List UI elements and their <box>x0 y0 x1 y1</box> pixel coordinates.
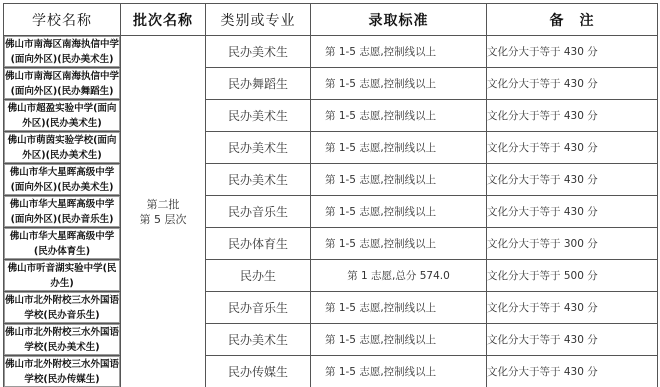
table-header-row: 学校名称 批次名称 类别或专业 录取标准 备 注 <box>4 4 658 36</box>
table-row: 佛山市听音湖实验中学(民办生) 民办生 第 1 志愿,总分 574.0 文化分大… <box>4 260 658 292</box>
category: 民办生 <box>206 260 311 292</box>
note: 文化分大于等于 430 分 <box>487 356 658 387</box>
school-name: 佛山市华大星晖高级中学(面向外区)(民办音乐生) <box>4 196 121 228</box>
criteria: 第 1-5 志愿,控制线以上 <box>311 164 487 196</box>
category: 民办美术生 <box>206 132 311 164</box>
header-note: 备 注 <box>487 4 658 36</box>
school-name: 佛山市南海区南海执信中学(面向外区)(民办舞蹈生) <box>4 68 121 100</box>
note: 文化分大于等于 500 分 <box>487 260 658 292</box>
table-row: 佛山市北外附校三水外国语学校(民办音乐生) 民办音乐生 第 1-5 志愿,控制线… <box>4 292 658 324</box>
header-batch: 批次名称 <box>121 4 206 36</box>
school-name: 佛山市华大星晖高级中学(面向外区)(民办美术生) <box>4 164 121 196</box>
category: 民办传媒生 <box>206 356 311 387</box>
note: 文化分大于等于 430 分 <box>487 100 658 132</box>
criteria: 第 1-5 志愿,控制线以上 <box>311 68 487 100</box>
school-name: 佛山市南海区南海执信中学(面向外区)(民办美术生) <box>4 36 121 68</box>
note: 文化分大于等于 430 分 <box>487 68 658 100</box>
criteria: 第 1 志愿,总分 574.0 <box>311 260 487 292</box>
category: 民办美术生 <box>206 324 311 356</box>
criteria: 第 1-5 志愿,控制线以上 <box>311 324 487 356</box>
admission-table: 学校名称 批次名称 类别或专业 录取标准 备 注 佛山市南海区南海执信中学(面向… <box>3 3 658 387</box>
note: 文化分大于等于 430 分 <box>487 164 658 196</box>
table-row: 佛山市北外附校三水外国语学校(民办传媒生) 民办传媒生 第 1-5 志愿,控制线… <box>4 356 658 387</box>
criteria: 第 1-5 志愿,控制线以上 <box>311 228 487 260</box>
table-row: 佛山市华大星晖高级中学(面向外区)(民办音乐生) 民办音乐生 第 1-5 志愿,… <box>4 196 658 228</box>
category: 民办体育生 <box>206 228 311 260</box>
school-name: 佛山市听音湖实验中学(民办生) <box>4 260 121 292</box>
criteria: 第 1-5 志愿,控制线以上 <box>311 356 487 387</box>
criteria: 第 1-5 志愿,控制线以上 <box>311 36 487 68</box>
category: 民办音乐生 <box>206 196 311 228</box>
note: 文化分大于等于 430 分 <box>487 292 658 324</box>
note: 文化分大于等于 430 分 <box>487 324 658 356</box>
category: 民办美术生 <box>206 100 311 132</box>
criteria: 第 1-5 志愿,控制线以上 <box>311 292 487 324</box>
batch-line-2: 第 5 层次 <box>121 212 205 227</box>
criteria: 第 1-5 志愿,控制线以上 <box>311 100 487 132</box>
school-name: 佛山市萌茵实验学校(面向外区)(民办美术生) <box>4 132 121 164</box>
category: 民办舞蹈生 <box>206 68 311 100</box>
batch-line-1: 第二批 <box>121 197 205 212</box>
note: 文化分大于等于 430 分 <box>487 196 658 228</box>
criteria: 第 1-5 志愿,控制线以上 <box>311 132 487 164</box>
note: 文化分大于等于 430 分 <box>487 36 658 68</box>
school-name: 佛山市北外附校三水外国语学校(民办传媒生) <box>4 356 121 387</box>
category: 民办美术生 <box>206 36 311 68</box>
school-name: 佛山市华大星晖高级中学(民办体育生) <box>4 228 121 260</box>
note: 文化分大于等于 430 分 <box>487 132 658 164</box>
table-row: 佛山市萌茵实验学校(面向外区)(民办美术生) 民办美术生 第 1-5 志愿,控制… <box>4 132 658 164</box>
school-name: 佛山市超盈实验中学(面向外区)(民办美术生) <box>4 100 121 132</box>
table-row: 佛山市华大星晖高级中学(民办体育生) 民办体育生 第 1-5 志愿,控制线以上 … <box>4 228 658 260</box>
school-name: 佛山市北外附校三水外国语学校(民办美术生) <box>4 324 121 356</box>
batch-name: 第二批 第 5 层次 <box>121 36 206 387</box>
note: 文化分大于等于 300 分 <box>487 228 658 260</box>
criteria: 第 1-5 志愿,控制线以上 <box>311 196 487 228</box>
category: 民办美术生 <box>206 164 311 196</box>
header-school: 学校名称 <box>4 4 121 36</box>
table-row: 佛山市南海区南海执信中学(面向外区)(民办舞蹈生) 民办舞蹈生 第 1-5 志愿… <box>4 68 658 100</box>
table-row: 佛山市北外附校三水外国语学校(民办美术生) 民办美术生 第 1-5 志愿,控制线… <box>4 324 658 356</box>
category: 民办音乐生 <box>206 292 311 324</box>
table-row: 佛山市南海区南海执信中学(面向外区)(民办美术生) 第二批 第 5 层次 民办美… <box>4 36 658 68</box>
table-row: 佛山市超盈实验中学(面向外区)(民办美术生) 民办美术生 第 1-5 志愿,控制… <box>4 100 658 132</box>
header-category: 类别或专业 <box>206 4 311 36</box>
school-name: 佛山市北外附校三水外国语学校(民办音乐生) <box>4 292 121 324</box>
table-row: 佛山市华大星晖高级中学(面向外区)(民办美术生) 民办美术生 第 1-5 志愿,… <box>4 164 658 196</box>
header-criteria: 录取标准 <box>311 4 487 36</box>
